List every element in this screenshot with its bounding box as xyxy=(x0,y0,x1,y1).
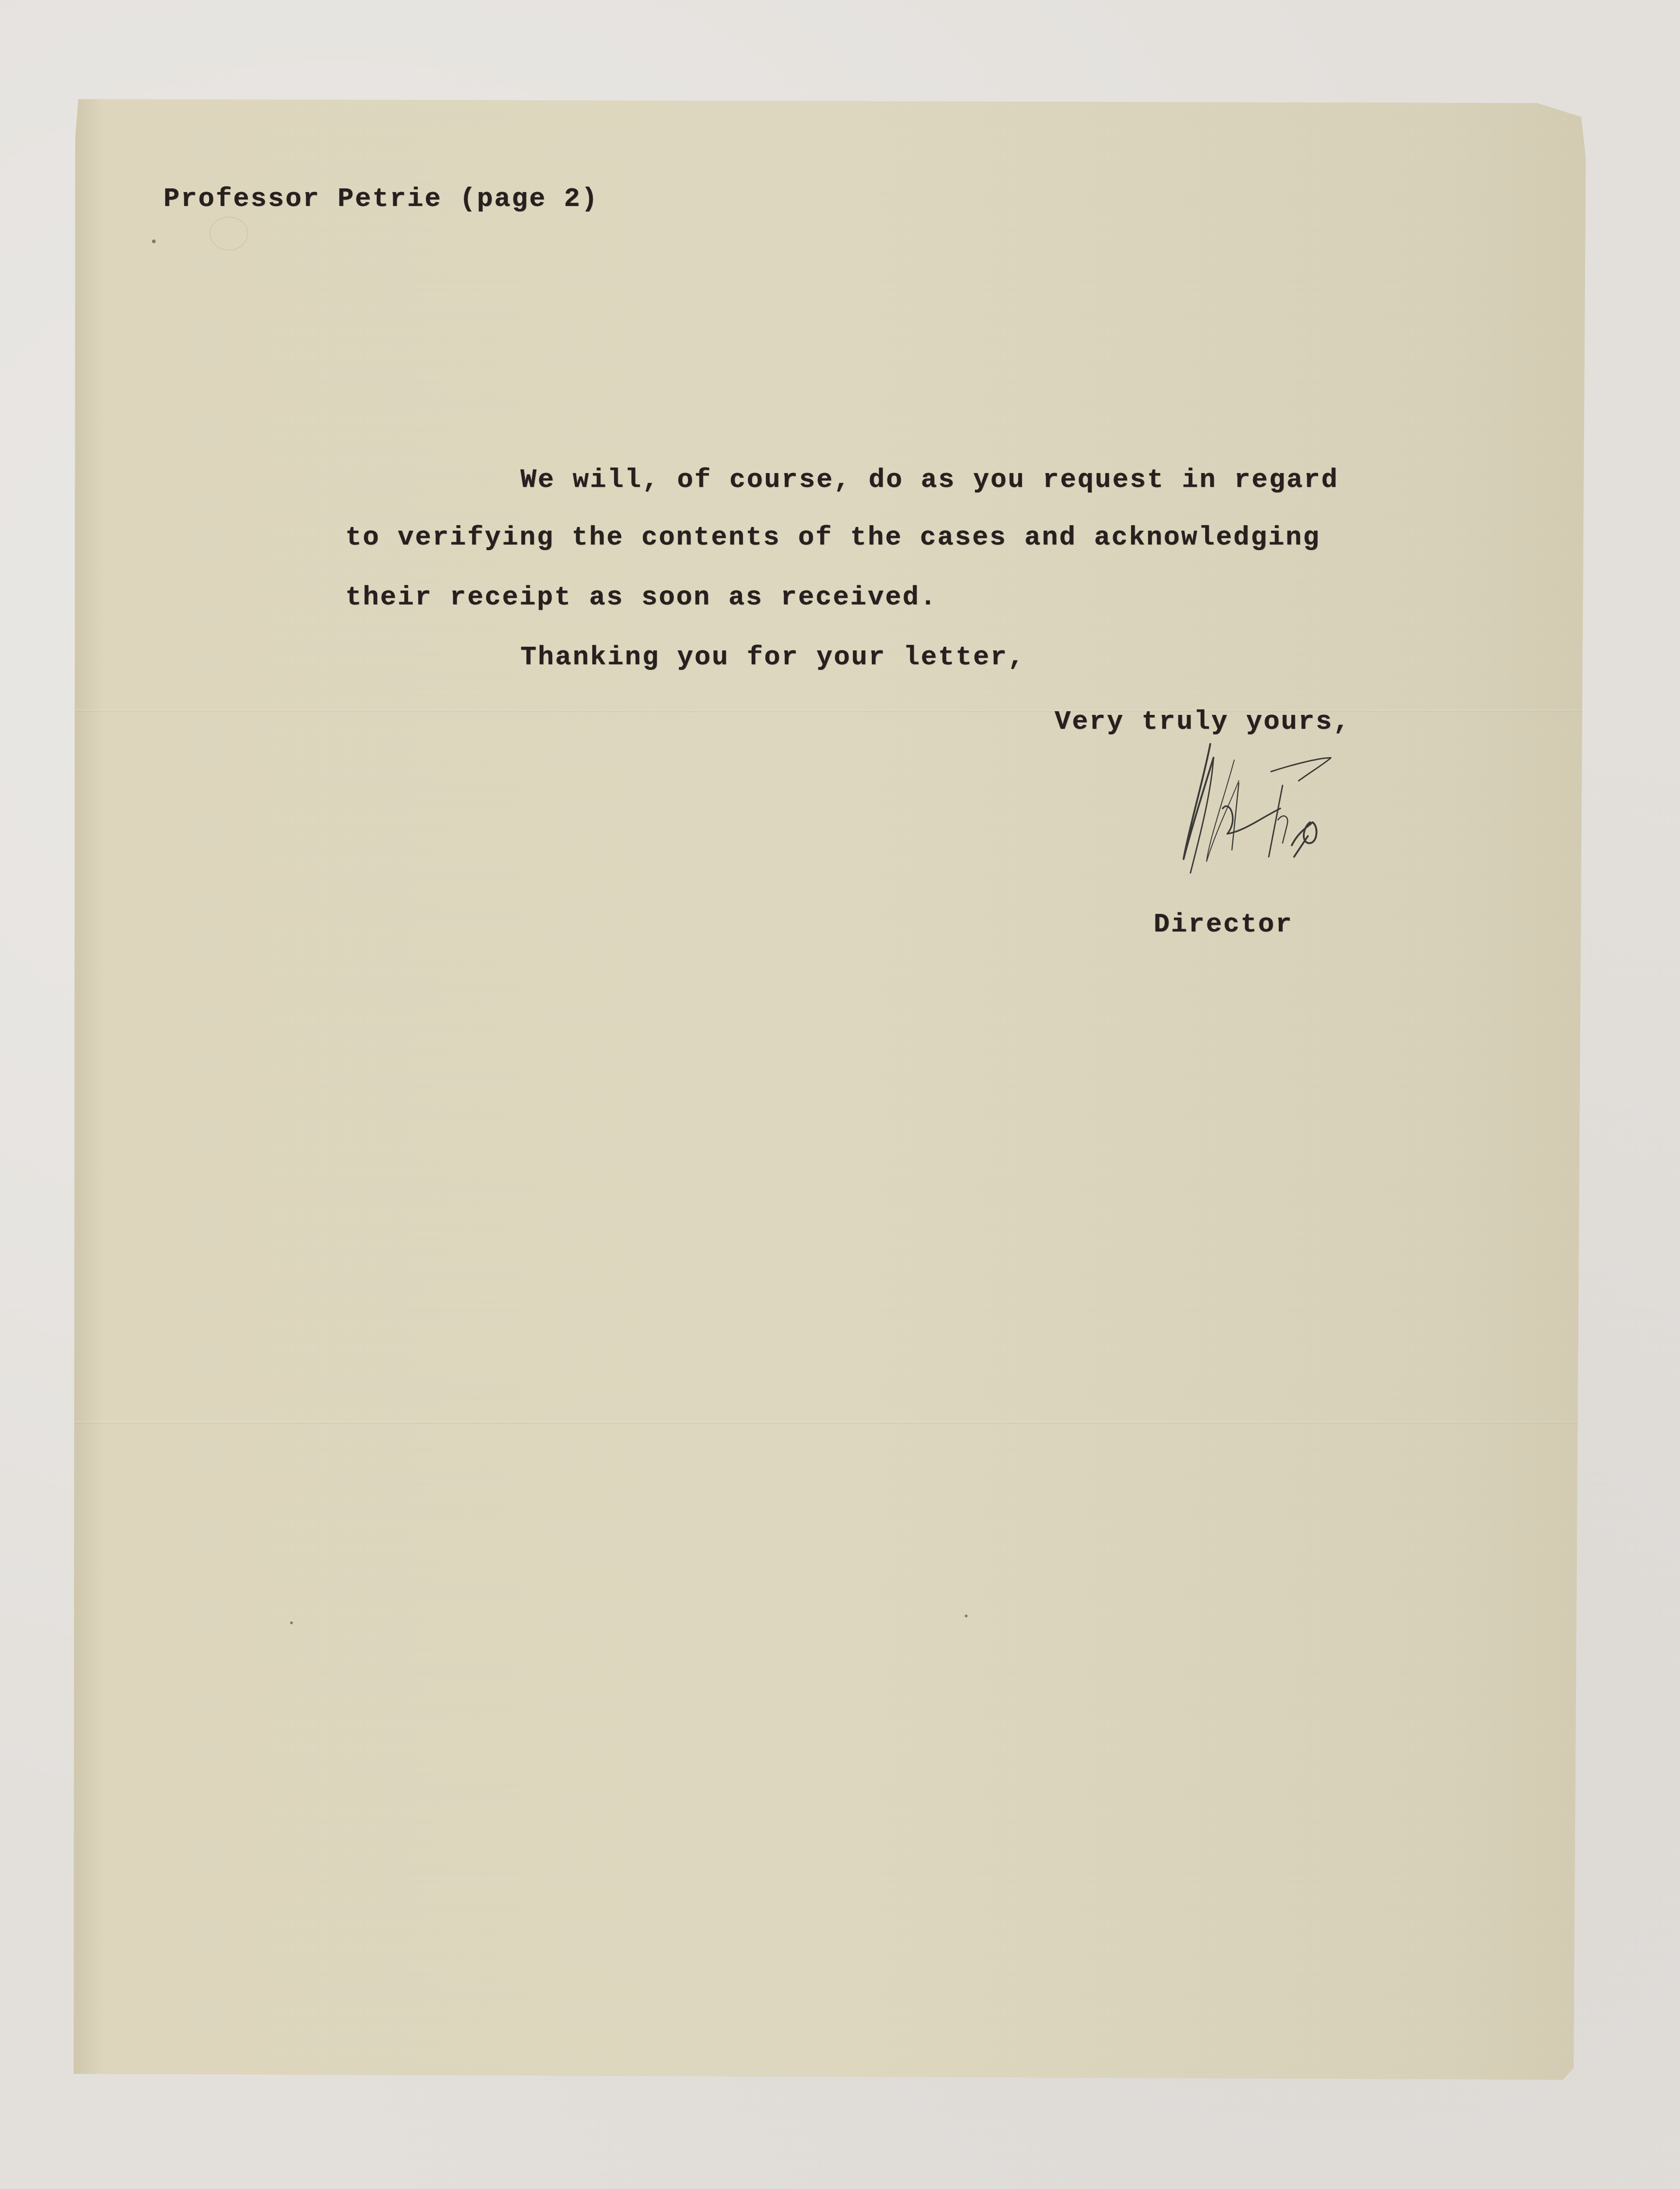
signer-title: Director xyxy=(1154,910,1293,940)
page-header: Professor Petrie (page 2) xyxy=(163,184,599,214)
fold-crease-lower xyxy=(74,1421,1598,1424)
faint-pencil-mark: .... xyxy=(214,2091,258,2105)
fold-crease-upper xyxy=(74,709,1598,712)
body-paragraph-1-line-3: their receipt as soon as received. xyxy=(345,583,937,613)
body-paragraph-2: Thanking you for your letter, xyxy=(520,643,1025,673)
body-paragraph-1-line-1: We will, of course, do as you request in… xyxy=(520,465,1339,495)
paper-speck xyxy=(290,1621,293,1624)
letter-page: Professor Petrie (page 2) We will, of co… xyxy=(74,99,1598,2080)
complimentary-closing: Very truly yours, xyxy=(1055,707,1351,737)
faint-embossed-mark xyxy=(210,217,248,251)
body-paragraph-1-line-2: to verifying the contents of the cases a… xyxy=(345,523,1320,553)
paper-speck xyxy=(152,240,156,243)
handwritten-signature-icon xyxy=(1170,739,1336,896)
paper-speck xyxy=(965,1615,968,1617)
